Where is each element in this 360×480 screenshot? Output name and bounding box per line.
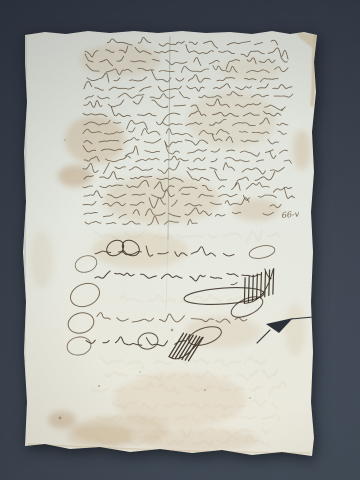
ink-speck <box>98 385 100 387</box>
paper-stain <box>31 232 53 288</box>
folio-annotation: 66-v <box>281 209 300 220</box>
paper-stain <box>285 304 305 356</box>
ink-speck <box>64 139 66 141</box>
ink-speck <box>204 389 206 391</box>
paper-stain <box>80 44 160 76</box>
paper-stain <box>104 176 220 224</box>
ink-speck <box>291 195 293 197</box>
left-edge-shade <box>24 36 26 444</box>
ink-speck <box>59 417 62 420</box>
photo-background: 66-v <box>0 0 360 480</box>
paper-stain <box>67 425 133 447</box>
paper-stain <box>232 199 280 221</box>
manuscript-photo: 66-v <box>0 0 360 480</box>
ink-speck <box>171 329 174 332</box>
ink-speck <box>281 109 283 111</box>
ink-speck <box>249 397 251 399</box>
ink-speck <box>139 371 141 373</box>
paper-stain <box>48 411 76 429</box>
ink-speck <box>166 106 168 108</box>
paper-stain <box>293 130 311 170</box>
